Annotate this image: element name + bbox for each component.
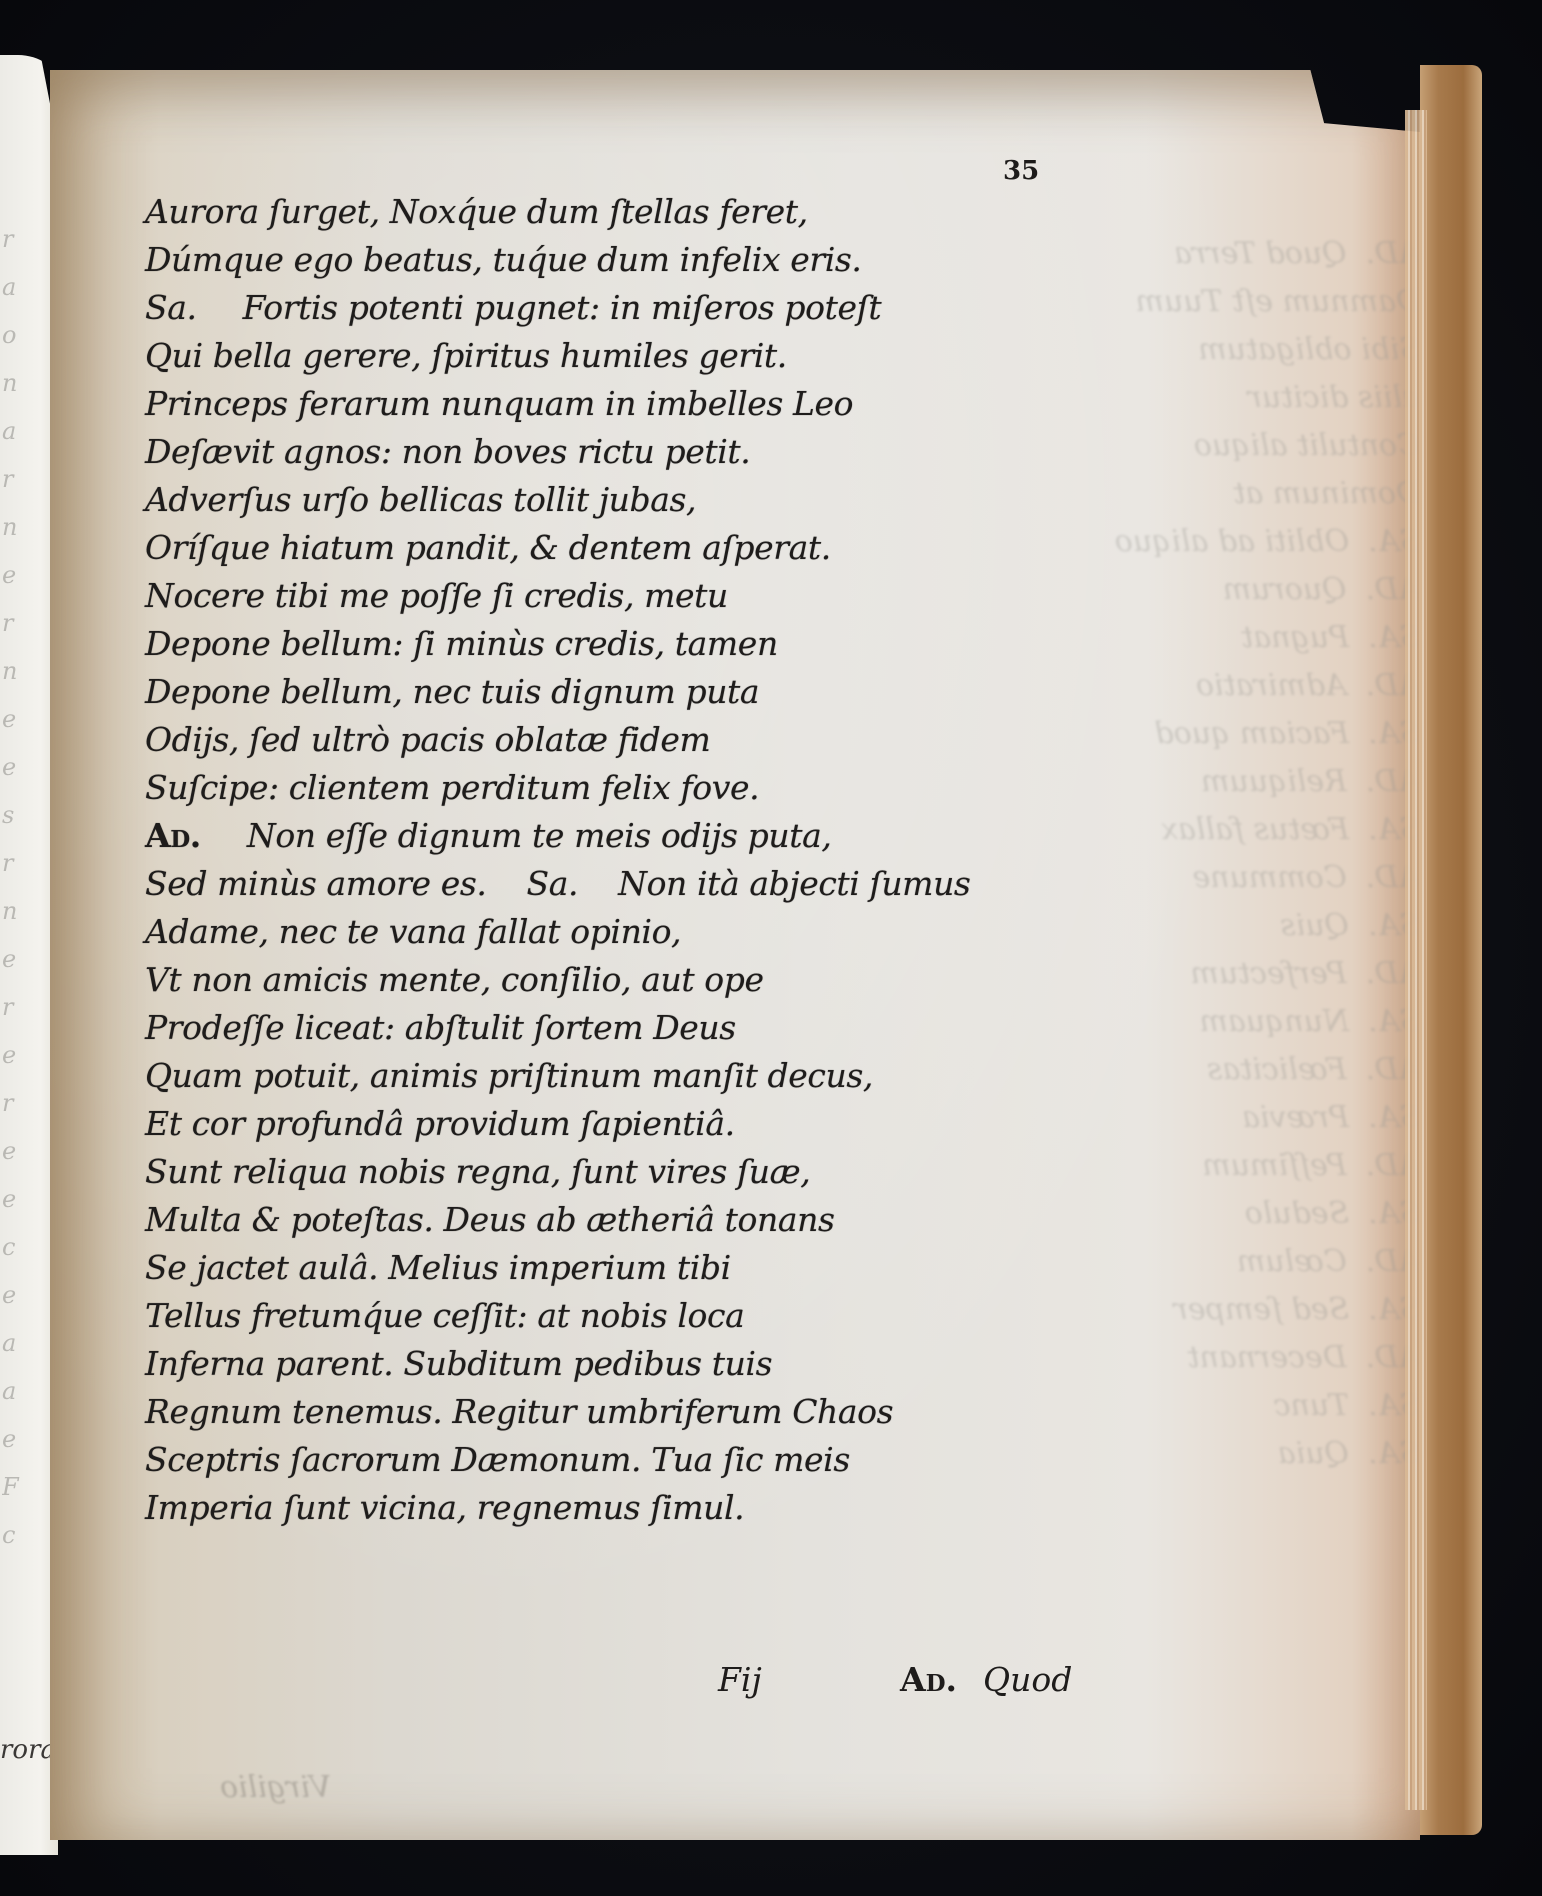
text-line: Sa.Fortis potenti pugnet: in miſeros pot… [145, 284, 1045, 332]
line-text: Fortis potenti pugnet: in miſeros poteſt [243, 288, 882, 327]
text-line: Nocere tibi me poſſe ſi credis, metu [145, 572, 1045, 620]
speaker-label: Sa. [145, 284, 197, 332]
line-text: Non eſſe dignum te meis odijs puta, [247, 816, 832, 855]
text-line: Odijs, ſed ultrò pacis oblatæ fidem [145, 716, 1045, 764]
page-block-edges [1405, 110, 1427, 1810]
line-text: Deſævit agnos: non boves rictu petit. [145, 432, 750, 471]
line-text: Suſcipe: clientem perditum felix fove. [145, 768, 759, 807]
text-line: Depone bellum, nec tuis dignum puta [145, 668, 1045, 716]
text-line: Multa & poteſtas. Deus ab ætheriâ tonans [145, 1196, 1045, 1244]
text-line: Se jactet aulâ. Melius imperium tibi [145, 1244, 1045, 1292]
inline-speaker-label: Sa. [527, 860, 579, 908]
bleed-through-signature: Virgilio [220, 1770, 331, 1805]
line-text: Adame, nec te vana fallat opinio, [145, 912, 681, 951]
line-text: Qui bella gerere, ſpiritus humiles gerit… [145, 336, 787, 375]
text-line: Sceptris ſacrorum Dæmonum. Tua ſic meis [145, 1436, 1045, 1484]
line-text: Vt non amicis mente, conſilio, aut ope [145, 960, 764, 999]
catchword-speaker: Ad. [900, 1660, 957, 1699]
left-page-ghost-text: raonarnerneesrnerereeceaaeFc [2, 215, 32, 1559]
text-line: Oríſque hiatum pandit, & dentem aſperat. [145, 524, 1045, 572]
line-text: Princeps ferarum nunquam in imbelles Leo [145, 384, 853, 423]
text-line: Ad.Non eſſe dignum te meis odijs puta, [145, 812, 1045, 860]
text-line: Depone bellum: ſi minùs credis, tamen [145, 620, 1045, 668]
text-line: Quam potuit, animis priſtinum manſit dec… [145, 1052, 1045, 1100]
line-text: Sed minùs amore es. [145, 864, 487, 903]
line-text: Inferna parent. Subditum pedibus tuis [145, 1344, 772, 1383]
signature-mark: Fij [718, 1660, 762, 1699]
line-text: Adverſus urſo bellicas tollit jubas, [145, 480, 696, 519]
text-line: Princeps ferarum nunquam in imbelles Leo [145, 380, 1045, 428]
text-line: Aurora ſurget, Noxq́ue dum ſtellas feret… [145, 188, 1045, 236]
text-line: Imperia ſunt vicina, regnemus ſimul. [145, 1484, 1045, 1532]
line-text: Quam potuit, animis priſtinum manſit dec… [145, 1056, 873, 1095]
line-text: Se jactet aulâ. Melius imperium tibi [145, 1248, 731, 1287]
text-line: Dúmque ego beatus, tuq́ue dum infelix er… [145, 236, 1045, 284]
line-text: Nocere tibi me poſſe ſi credis, metu [145, 576, 728, 615]
text-line: Sunt reliqua nobis regna, ſunt vires ſuæ… [145, 1148, 1045, 1196]
line-text: Et cor profundâ providum ſapientiâ. [145, 1104, 735, 1143]
text-line: Deſævit agnos: non boves rictu petit. [145, 428, 1045, 476]
text-line: Adverſus urſo bellicas tollit jubas, [145, 476, 1045, 524]
line-text: Dúmque ego beatus, tuq́ue dum infelix er… [145, 240, 861, 279]
catchword: Ad.Quod [900, 1660, 1072, 1699]
line-text: Imperia ſunt vicina, regnemus ſimul. [145, 1488, 744, 1527]
text-line: Et cor profundâ providum ſapientiâ. [145, 1100, 1045, 1148]
line-text: Regnum tenemus. Regitur umbriferum Chaos [145, 1392, 893, 1431]
line-text: Aurora ſurget, Noxq́ue dum ſtellas feret… [145, 192, 808, 231]
line-text: Multa & poteſtas. Deus ab ætheriâ tonans [145, 1200, 835, 1239]
left-facing-page: raonarnerneesrnerereeceaaeFc rora [0, 55, 58, 1855]
line-text: Sunt reliqua nobis regna, ſunt vires ſuæ… [145, 1152, 810, 1191]
text-line: Regnum tenemus. Regitur umbriferum Chaos [145, 1388, 1045, 1436]
line-text: Prodeſſe liceat: abſtulit ſortem Deus [145, 1008, 736, 1047]
line-text: Oríſque hiatum pandit, & dentem aſperat. [145, 528, 831, 567]
line-text: Odijs, ſed ultrò pacis oblatæ fidem [145, 720, 710, 759]
catchword-text: Quod [983, 1660, 1072, 1699]
book-cover-edge [1420, 65, 1482, 1835]
text-line: Vt non amicis mente, conſilio, aut ope [145, 956, 1045, 1004]
text-line: Qui bella gerere, ſpiritus humiles gerit… [145, 332, 1045, 380]
poem-text-block: Aurora ſurget, Noxq́ue dum ſtellas feret… [145, 188, 1045, 1532]
text-line: Prodeſſe liceat: abſtulit ſortem Deus [145, 1004, 1045, 1052]
left-page-catchword: rora [0, 1735, 56, 1765]
line-text: Sceptris ſacrorum Dæmonum. Tua ſic meis [145, 1440, 850, 1479]
line-text: Non ità abjecti ſumus [618, 864, 970, 903]
speaker-label: Ad. [145, 812, 201, 860]
page-number: 35 [1003, 156, 1039, 186]
text-line: Tellus fretumq́ue ceſſit: at nobis loca [145, 1292, 1045, 1340]
line-text: Depone bellum, nec tuis dignum puta [145, 672, 759, 711]
text-line: Adame, nec te vana fallat opinio, [145, 908, 1045, 956]
line-text: Depone bellum: ſi minùs credis, tamen [145, 624, 778, 663]
line-text: Tellus fretumq́ue ceſſit: at nobis loca [145, 1296, 744, 1335]
text-line: Inferna parent. Subditum pedibus tuis [145, 1340, 1045, 1388]
text-line: Sed minùs amore es.Sa.Non ità abjecti ſu… [145, 860, 1045, 908]
text-line: Suſcipe: clientem perditum felix fove. [145, 764, 1045, 812]
